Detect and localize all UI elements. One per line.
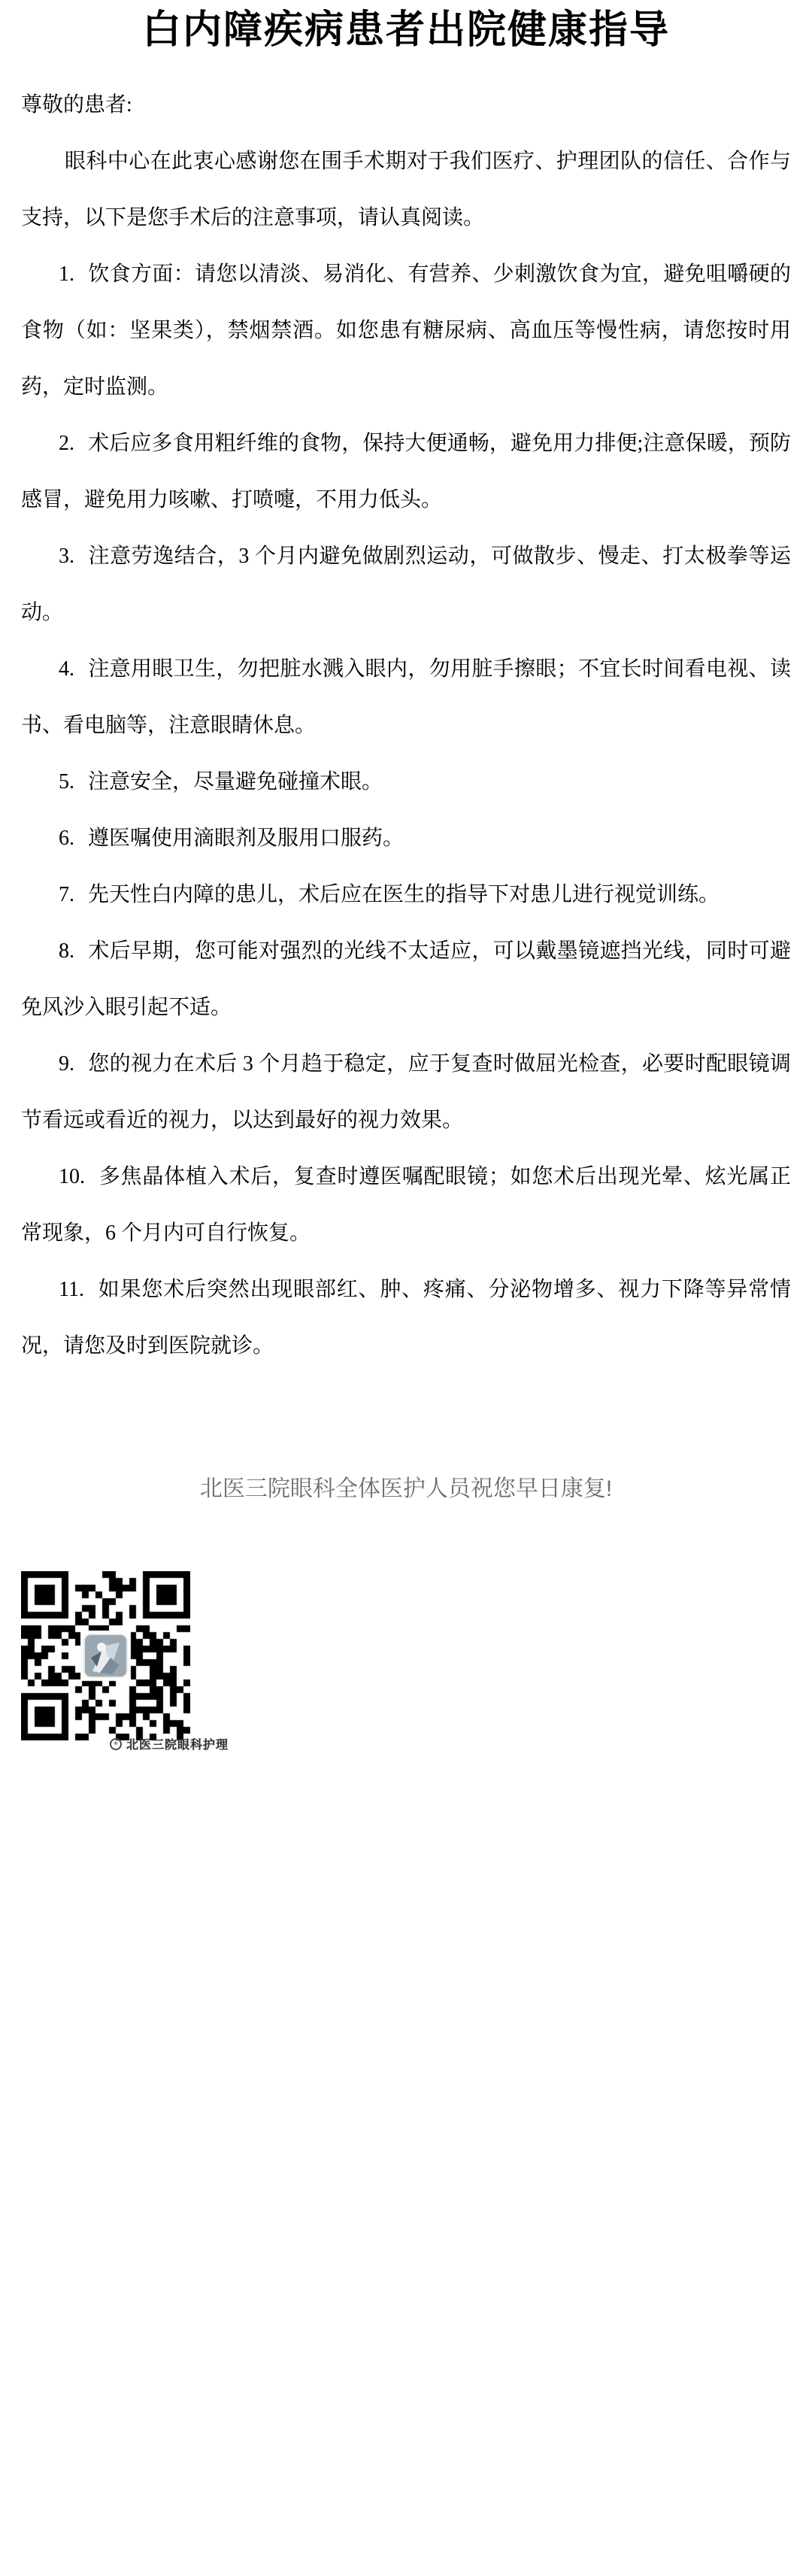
item-number: 2. (59, 432, 74, 455)
list-item: 6.遵医嘱使用滴眼剂及服用口服药。 (21, 810, 791, 866)
qr-center-logo-image (83, 1634, 128, 1678)
item-number: 11. (59, 1278, 84, 1301)
item-text: 注意劳逸结合，3 个月内避免做剧烈运动，可做散步、慢走、打太极拳等运动。 (21, 545, 791, 624)
item-number: 3. (59, 545, 74, 568)
item-number: 9. (59, 1052, 74, 1076)
item-text: 注意用眼卫生，勿把脏水溅入眼内，勿用脏手擦眼；不宜长时间看电视、读书、看电脑等，… (21, 657, 791, 737)
intro-paragraph: 眼科中心在此衷心感谢您在围手术期对于我们医疗、护理团队的信任、合作与支持，以下是… (21, 133, 791, 246)
list-item: 8.术后早期，您可能对强烈的光线不太适应，可以戴墨镜遮挡光线，同时可避免风沙入眼… (21, 923, 791, 1036)
item-number: 6. (59, 827, 74, 850)
item-text: 先天性白内障的患儿，术后应在医生的指导下对患儿进行视觉训练。 (88, 883, 720, 906)
item-number: 1. (59, 262, 74, 286)
page-title: 白内障疾病患者出院健康指导 (21, 9, 791, 51)
list-item: 5.注意安全，尽量避免碰撞术眼。 (21, 754, 791, 810)
item-text: 术后应多食用粗纤维的食物，保持大便通畅，避免用力排便;注意保暖，预防感冒，避免用… (21, 432, 791, 511)
qr-block: ✳ 北医三院眼科护理 (21, 1571, 190, 1740)
item-text: 如果您术后突然出现眼部红、肿、疼痛、分泌物增多、视力下降等异常情况，请您及时到医… (21, 1278, 791, 1358)
item-text: 饮食方面：请您以清淡、易消化、有营养、少刺激饮食为宜，避免咀嚼硬的食物（如：坚果… (21, 262, 791, 399)
salutation: 尊敬的患者: (21, 77, 791, 133)
document-body: 尊敬的患者: 眼科中心在此衷心感谢您在围手术期对于我们医疗、护理团队的信任、合作… (21, 77, 791, 1374)
item-text: 术后早期，您可能对强烈的光线不太适应，可以戴墨镜遮挡光线，同时可避免风沙入眼引起… (21, 939, 791, 1019)
qr-caption-text: 北医三院眼科护理 (126, 1735, 229, 1752)
list-item: 9.您的视力在术后 3 个月趋于稳定，应于复查时做屈光检查，必要时配眼镜调节看远… (21, 1036, 791, 1148)
item-number: 7. (59, 883, 74, 906)
item-text: 注意安全，尽量避免碰撞术眼。 (88, 770, 383, 793)
document-page: 白内障疾病患者出院健康指导 尊敬的患者: 眼科中心在此衷心感谢您在围手术期对于我… (0, 0, 812, 2576)
list-item: 3.注意劳逸结合，3 个月内避免做剧烈运动，可做散步、慢走、打太极拳等运动。 (21, 528, 791, 641)
hospital-logo-icon: ✳ (110, 1738, 122, 1750)
list-item: 7.先天性白内障的患儿，术后应在医生的指导下对患儿进行视觉训练。 (21, 866, 791, 923)
item-number: 5. (59, 770, 74, 793)
list-item: 2.术后应多食用粗纤维的食物，保持大便通畅，避免用力排便;注意保暖，预防感冒，避… (21, 415, 791, 528)
sculpture-image (85, 1635, 126, 1676)
item-text: 您的视力在术后 3 个月趋于稳定，应于复查时做屈光检查，必要时配眼镜调节看远或看… (21, 1052, 791, 1132)
qr-caption: ✳ 北医三院眼科护理 (110, 1735, 229, 1752)
item-number: 10. (59, 1165, 85, 1188)
instruction-list: 1.饮食方面：请您以清淡、易消化、有营养、少刺激饮食为宜，避免咀嚼硬的食物（如：… (21, 246, 791, 1374)
list-item: 11.如果您术后突然出现眼部红、肿、疼痛、分泌物增多、视力下降等异常情况，请您及… (21, 1261, 791, 1374)
item-text: 多焦晶体植入术后，复查时遵医嘱配眼镜；如您术后出现光晕、炫光属正常现象，6 个月… (21, 1165, 791, 1245)
item-number: 8. (59, 939, 74, 963)
list-item: 1.饮食方面：请您以清淡、易消化、有营养、少刺激饮食为宜，避免咀嚼硬的食物（如：… (21, 246, 791, 415)
list-item: 10.多焦晶体植入术后，复查时遵医嘱配眼镜；如您术后出现光晕、炫光属正常现象，6… (21, 1148, 791, 1261)
item-text: 遵医嘱使用滴眼剂及服用口服药。 (88, 827, 404, 850)
item-number: 4. (59, 657, 74, 681)
list-item: 4.注意用眼卫生，勿把脏水溅入眼内，勿用脏手擦眼；不宜长时间看电视、读书、看电脑… (21, 641, 791, 754)
closing-line: 北医三院眼科全体医护人员祝您早日康复! (21, 1473, 791, 1505)
